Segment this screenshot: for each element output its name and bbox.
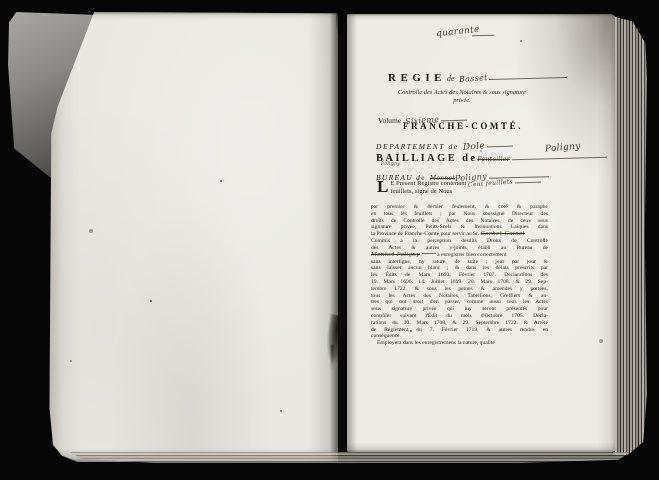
body-line: droits de Controlle des Actes des Notair…: [371, 218, 548, 225]
body-line: 19. Mars 1696. 14. Juillet 1699. 20. Mar…: [371, 279, 548, 286]
body-paragraph: par premier & dernier feulement, & coté …: [371, 204, 548, 347]
bottom-page-edges: [70, 452, 630, 463]
statement-line2: feuillets, signé de Nous: [390, 188, 452, 195]
left-blank-page: [46, 12, 338, 462]
regie-flourish: [489, 76, 567, 80]
body-line: de Réglement du 7. Février 1719. & autre…: [371, 327, 548, 334]
body-line: rations du 10. Mars 1708, & 29. Septembr…: [371, 320, 548, 327]
body-line: Commis à la perception desdits Droits de…: [371, 238, 548, 245]
body-line: en tous les feuillets ; par Nous soussig…: [371, 211, 548, 218]
register-statement: L E Present Registre contenant Cent feui…: [377, 180, 577, 195]
body-line-text: la Province de Franche-Comté pour servir…: [371, 231, 479, 237]
bureau-correction-above: Poligny: [381, 162, 400, 167]
body-line: tembre 1722. & sous les peines & amendes…: [371, 286, 548, 293]
regie-de: de: [447, 74, 455, 83]
body-line: tres qui ont droit d'en passer, comme au…: [371, 299, 548, 306]
body-line-with-bureau: Monnet Poligny à enregistrer bien correc…: [371, 252, 548, 259]
body-line: contrôler suivant l'Édit du mois d'Octob…: [371, 313, 548, 320]
paper-specks: [150, 300, 152, 302]
statement-flourish: [515, 181, 541, 184]
body-line: Employera dans les enregistremens la nat…: [371, 340, 548, 347]
regie-title-line: REGIEde Basset: [388, 68, 567, 86]
body-line: tous les Actes des Notaires, Tabellions,…: [371, 293, 548, 300]
body-line: sous signature privée qui luy seront pré…: [371, 306, 548, 313]
handwritten-sr-name: Cochet Guinet: [481, 231, 526, 237]
body-line: des Actes & autres y-joints, établi au B…: [371, 245, 548, 252]
handwritten-bailliage: Poligny: [545, 141, 581, 154]
body-line: les Édits de Mars 1693. Février 1707. Dé…: [371, 272, 548, 279]
subtitle-line2: privée.: [383, 97, 541, 105]
bureau-flourish: [489, 175, 549, 179]
handwritten-bureau-inline: Monnet Poligny: [371, 252, 420, 258]
handwritten-folio-count: Cent feuillets: [468, 178, 513, 189]
body-line: conséquence.: [371, 333, 548, 340]
body-line-with-name: la Province de Franche-Comté pour servir…: [371, 231, 548, 238]
body-line: sans interligne, ny rature, de suite ; j…: [371, 259, 548, 266]
bailliage-flourish: [512, 156, 607, 160]
province-title: FRANCHE-COMTÉ.: [383, 121, 543, 131]
body-line: par premier & dernier feulement, & coté …: [371, 204, 548, 211]
departement-flourish: [487, 145, 513, 148]
statement-line1: E Present Registre contenant: [390, 180, 466, 187]
page-block-edges: [615, 17, 647, 455]
bailliage-struck-word: Pontailler: [477, 156, 509, 163]
statement-dropcap: L: [377, 180, 388, 193]
bailliage-line: BAILLIAGE de Pontailler Poligny: [376, 148, 607, 166]
body-line-text: à enregistrer bien correctement: [437, 252, 506, 258]
body-flourish: [422, 252, 436, 254]
book-scan: quarante REGIEde Basset Controlle des Ac…: [0, 0, 659, 480]
regie-word: REGIE: [388, 72, 446, 84]
subtitle: Controlle des Actes des Notaires & sous …: [383, 89, 541, 105]
subtitle-line1: Controlle des Actes des Notaires & sous …: [383, 89, 541, 97]
handwritten-regie-name: Basset: [458, 73, 487, 84]
gutter-notch: [336, 11, 346, 37]
body-line: signature privée, Petits-Scels & Insinua…: [371, 224, 548, 231]
